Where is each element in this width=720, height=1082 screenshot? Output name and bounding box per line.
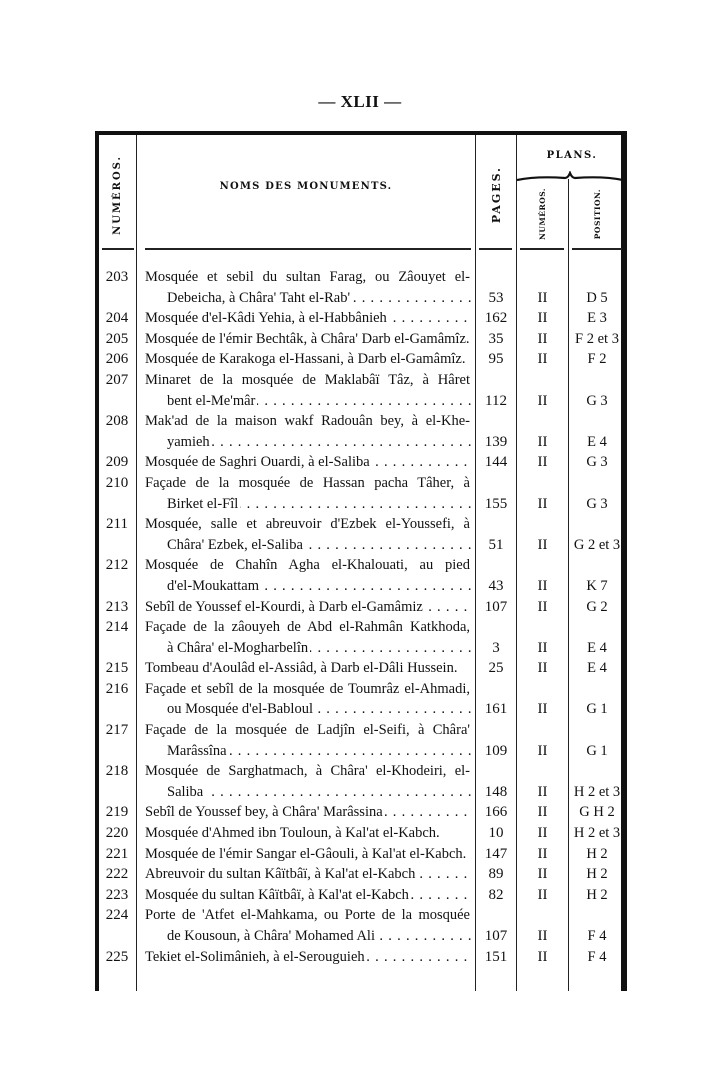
page-number: — XLII —	[0, 92, 720, 112]
header-numeros: NUMÉROS.	[99, 145, 136, 245]
table-row-continuation: Birket el-Fîl155IIG 3	[99, 494, 625, 515]
plan-position: G 2	[569, 597, 625, 618]
monument-name-text: ou Mosquée d'el-Babloul	[167, 701, 315, 717]
monument-name-text: Abreuvoir du sultan Kâïtbâï, à Kal'at el…	[145, 866, 417, 882]
table-row-continuation: Marâssîna109IIG 1	[99, 741, 625, 762]
page-ref: 3	[476, 638, 516, 659]
plan-position: G H 2	[569, 802, 625, 823]
header-rule	[145, 248, 471, 250]
table-row: 225Tekiet el-Solimânieh, à el-Serouguieh…	[99, 947, 625, 968]
monument-number: 203	[99, 267, 135, 288]
plan-number: II	[517, 597, 568, 618]
header-rule	[102, 248, 134, 250]
monument-name: ou Mosquée d'el-Babloul	[167, 699, 472, 720]
plan-position: F 4	[569, 947, 625, 968]
table-row: 205Mosquée de l'émir Bechtâk, à Châra' D…	[99, 329, 625, 350]
plan-position: D 5	[569, 288, 625, 309]
monument-name: Birket el-Fîl	[167, 494, 472, 515]
monument-name: Sebîl de Youssef el-Kourdi, à Darb el-Ga…	[145, 597, 472, 618]
monument-name: bent el-Me'mâr	[167, 391, 472, 412]
plan-number: II	[517, 823, 568, 844]
page-ref: 162	[476, 308, 516, 329]
monument-name-text: Mosquée de Chahîn Agha el-Khalouati, au …	[145, 557, 472, 573]
header-rule	[520, 248, 564, 250]
header-plans-numeros-label: NUMÉROS.	[538, 188, 547, 240]
plan-position: E 4	[569, 432, 625, 453]
monument-name: de Kousoun, à Châra' Mohamed Ali	[167, 926, 472, 947]
plan-position: E 3	[569, 308, 625, 329]
table-row-continuation: Saliba148IIH 2 et 3	[99, 782, 625, 803]
monument-name-text: Mosquée de Saghri Ouardi, à el-Saliba	[145, 454, 372, 470]
plan-position: H 2 et 3	[569, 823, 625, 844]
monument-name-text: Mak'ad de la maison wakf Radouân bey, à …	[145, 413, 472, 429]
monument-name: à Châra' el-Mogharbelîn	[167, 638, 472, 659]
page-ref: 161	[476, 699, 516, 720]
plan-number: II	[517, 658, 568, 679]
monument-name: Tombeau d'Aoulâd el-Assiâd, à Darb el-Dâ…	[145, 658, 472, 679]
monument-name: Mosquée du sultan Kâïtbâï, à Kal'at el-K…	[145, 885, 472, 906]
monument-name: Sebîl de Youssef bey, à Châra' Marâssina	[145, 802, 472, 823]
monument-name: Façade de la mosquée de Hassan pacha Tâh…	[145, 473, 472, 494]
monument-number: 225	[99, 947, 135, 968]
page-ref: 25	[476, 658, 516, 679]
monument-number: 208	[99, 411, 135, 432]
monument-name-text: Mosquée de l'émir Bechtâk, à Châra' Darb…	[145, 331, 472, 347]
monument-name-text: Mosquée du sultan Kâïtbâï, à Kal'at el-K…	[145, 887, 411, 903]
monument-name: Mosquée et sebil du sultan Farag, ou Zâo…	[145, 267, 472, 288]
plan-number: II	[517, 432, 568, 453]
monument-name-text: Mosquée d'Ahmed ibn Touloun, à Kal'at el…	[145, 825, 442, 841]
page-ref: 43	[476, 576, 516, 597]
plan-position: H 2 et 3	[569, 782, 625, 803]
plan-number: II	[517, 947, 568, 968]
page-ref: 82	[476, 885, 516, 906]
monuments-table: NUMÉROS. NOMS DES MONUMENTS. PAGES. PLAN…	[95, 131, 627, 991]
table-row: 214Façade de la zâouyeh de Abd el-Rahmân…	[99, 617, 625, 638]
monument-name: Mosquée de Chahîn Agha el-Khalouati, au …	[145, 555, 472, 576]
monument-name-text: Mosquée d'el-Kâdi Yehia, à el-Habbânieh	[145, 310, 389, 326]
plan-number: II	[517, 802, 568, 823]
table-row-continuation: bent el-Me'mâr112IIG 3	[99, 391, 625, 412]
header-plans-position-label: POSITION.	[593, 189, 602, 239]
table-row: 219Sebîl de Youssef bey, à Châra' Marâss…	[99, 802, 625, 823]
monument-name-text: Minaret de la mosquée de Maklabâï Tâz, à…	[145, 372, 472, 388]
table-row-continuation: de Kousoun, à Châra' Mohamed Ali107IIF 4	[99, 926, 625, 947]
monument-name-text: Façade de la mosquée de Hassan pacha Tâh…	[145, 475, 472, 491]
table-row-continuation: ou Mosquée d'el-Babloul161IIG 1	[99, 699, 625, 720]
table-row-continuation: d'el-Moukattam43IIK 7	[99, 576, 625, 597]
monument-name: Mosquée, salle et abreuvoir d'Ezbek el-Y…	[145, 514, 472, 535]
monument-name-text: Façade de la mosquée de Ladjîn el-Seifi,…	[145, 722, 472, 738]
monument-name: Châra' Ezbek, el-Saliba	[167, 535, 472, 556]
monument-number: 223	[99, 885, 135, 906]
monument-name-text: Tekiet el-Solimânieh, à el-Serouguieh	[145, 949, 367, 965]
monument-name-text: Tombeau d'Aoulâd el-Assiâd, à Darb el-Dâ…	[145, 660, 459, 676]
monument-name-text: Mosquée et sebil du sultan Farag, ou Zâo…	[145, 269, 472, 285]
plan-number: II	[517, 782, 568, 803]
table-row: 215Tombeau d'Aoulâd el-Assiâd, à Darb el…	[99, 658, 625, 679]
plan-number: II	[517, 391, 568, 412]
monument-number: 224	[99, 905, 135, 926]
monument-name-text: Debeicha, à Châra' Taht el-Rab'	[167, 290, 352, 306]
table-row: 211Mosquée, salle et abreuvoir d'Ezbek e…	[99, 514, 625, 535]
monument-name: Façade et sebîl de la mosquée de Toumrâz…	[145, 679, 472, 700]
monument-number: 213	[99, 597, 135, 618]
table-row-continuation: yamieh139IIE 4	[99, 432, 625, 453]
monument-name-text: Mosquée de Sarghatmach, à Châra' el-Khod…	[145, 763, 472, 779]
monument-number: 205	[99, 329, 135, 350]
monument-name-text: Sebîl de Youssef el-Kourdi, à Darb el-Ga…	[145, 599, 425, 615]
page-ref: 95	[476, 349, 516, 370]
monument-name: Porte de 'Atfet el-Mahkama, ou Porte de …	[145, 905, 472, 926]
monument-name: yamieh	[167, 432, 472, 453]
table-row: 207Minaret de la mosquée de Maklabâï Tâz…	[99, 370, 625, 391]
header-plans-position: POSITION.	[569, 183, 625, 245]
monument-name: Mosquée de Sarghatmach, à Châra' el-Khod…	[145, 761, 472, 782]
table-row: 212Mosquée de Chahîn Agha el-Khalouati, …	[99, 555, 625, 576]
table-row: 223Mosquée du sultan Kâïtbâï, à Kal'at e…	[99, 885, 625, 906]
table-row: 224Porte de 'Atfet el-Mahkama, ou Porte …	[99, 905, 625, 926]
monument-name-text: d'el-Moukattam	[167, 578, 261, 594]
monument-name: Mosquée d'el-Kâdi Yehia, à el-Habbânieh	[145, 308, 472, 329]
plan-position: H 2	[569, 844, 625, 865]
monument-name: Saliba	[167, 782, 472, 803]
brace-icon	[517, 171, 623, 183]
plan-number: II	[517, 308, 568, 329]
plan-position: F 2 et 3	[569, 329, 625, 350]
page-ref: 35	[476, 329, 516, 350]
monument-name-text: Sebîl de Youssef bey, à Châra' Marâssina	[145, 804, 385, 820]
plan-number: II	[517, 576, 568, 597]
monument-name: Mosquée de l'émir Bechtâk, à Châra' Darb…	[145, 329, 472, 350]
table-row: 217Façade de la mosquée de Ladjîn el-Sei…	[99, 720, 625, 741]
plan-position: G 1	[569, 741, 625, 762]
table-row: 222Abreuvoir du sultan Kâïtbâï, à Kal'at…	[99, 864, 625, 885]
table-row: 216Façade et sebîl de la mosquée de Toum…	[99, 679, 625, 700]
monument-number: 204	[99, 308, 135, 329]
header-rule	[479, 248, 512, 250]
monument-name: Mak'ad de la maison wakf Radouân bey, à …	[145, 411, 472, 432]
page-ref: 166	[476, 802, 516, 823]
table-row: 206Mosquée de Karakoga el-Hassani, à Dar…	[99, 349, 625, 370]
monument-number: 207	[99, 370, 135, 391]
monument-name: Mosquée de Saghri Ouardi, à el-Saliba	[145, 452, 472, 473]
monument-number: 218	[99, 761, 135, 782]
monument-name-text: Châra' Ezbek, el-Saliba	[167, 537, 305, 553]
page-ref: 89	[476, 864, 516, 885]
plan-number: II	[517, 349, 568, 370]
monument-number: 212	[99, 555, 135, 576]
monument-number: 220	[99, 823, 135, 844]
monument-number: 206	[99, 349, 135, 370]
monument-name-text: Mosquée de Karakoga el-Hassani, à Darb e…	[145, 351, 467, 367]
page-ref: 148	[476, 782, 516, 803]
page-ref: 109	[476, 741, 516, 762]
header-numeros-label: NUMÉROS.	[112, 155, 123, 235]
header-plans-numeros: NUMÉROS.	[517, 183, 568, 245]
table-row: 209Mosquée de Saghri Ouardi, à el-Saliba…	[99, 452, 625, 473]
plan-number: II	[517, 885, 568, 906]
monument-number: 209	[99, 452, 135, 473]
monument-name: Mosquée de l'émir Sangar el-Gâouli, à Ka…	[145, 844, 472, 865]
page-ref: 10	[476, 823, 516, 844]
plan-number: II	[517, 638, 568, 659]
plan-position: G 3	[569, 494, 625, 515]
monument-name-text: à Châra' el-Mogharbelîn	[167, 640, 310, 656]
monument-name-text: Saliba	[167, 784, 205, 800]
page-ref: 151	[476, 947, 516, 968]
monument-number: 215	[99, 658, 135, 679]
monument-name-text: Mosquée de l'émir Sangar el-Gâouli, à Ka…	[145, 846, 468, 862]
table-row-continuation: à Châra' el-Mogharbelîn3IIE 4	[99, 638, 625, 659]
monument-name-text: bent el-Me'mâr	[167, 393, 257, 409]
plan-position: K 7	[569, 576, 625, 597]
plan-number: II	[517, 535, 568, 556]
page-ref: 139	[476, 432, 516, 453]
page-ref: 144	[476, 452, 516, 473]
page-ref: 147	[476, 844, 516, 865]
monument-name: Abreuvoir du sultan Kâïtbâï, à Kal'at el…	[145, 864, 472, 885]
monument-name: Mosquée d'Ahmed ibn Touloun, à Kal'at el…	[145, 823, 472, 844]
table-row-continuation: Châra' Ezbek, el-Saliba51IIG 2 et 3	[99, 535, 625, 556]
monument-name-text: yamieh	[167, 434, 212, 450]
page-ref: 107	[476, 926, 516, 947]
page-ref: 51	[476, 535, 516, 556]
monument-name: d'el-Moukattam	[167, 576, 472, 597]
plan-number: II	[517, 329, 568, 350]
plan-number: II	[517, 494, 568, 515]
monument-name-text: Mosquée, salle et abreuvoir d'Ezbek el-Y…	[145, 516, 472, 532]
monument-name: Façade de la zâouyeh de Abd el-Rahmân Ka…	[145, 617, 472, 638]
monument-name-text: Façade et sebîl de la mosquée de Toumrâz…	[145, 681, 472, 697]
header-pages-label: PAGES.	[490, 166, 503, 223]
header-rule	[572, 248, 622, 250]
monument-name: Marâssîna	[167, 741, 472, 762]
table-row: 221Mosquée de l'émir Sangar el-Gâouli, à…	[99, 844, 625, 865]
table-row: 203Mosquée et sebil du sultan Farag, ou …	[99, 267, 625, 288]
monument-name-text: Birket el-Fîl	[167, 496, 240, 512]
monument-name: Mosquée de Karakoga el-Hassani, à Darb e…	[145, 349, 472, 370]
monument-number: 211	[99, 514, 135, 535]
page-ref: 107	[476, 597, 516, 618]
plan-position: G 1	[569, 699, 625, 720]
monument-number: 219	[99, 802, 135, 823]
plan-position: H 2	[569, 885, 625, 906]
plan-position: G 2 et 3	[569, 535, 625, 556]
monument-name: Minaret de la mosquée de Maklabâï Tâz, à…	[145, 370, 472, 391]
monument-name-text: Façade de la zâouyeh de Abd el-Rahmân Ka…	[145, 619, 472, 635]
table-row: 210Façade de la mosquée de Hassan pacha …	[99, 473, 625, 494]
monument-name-text: Marâssîna	[167, 743, 229, 759]
plan-number: II	[517, 699, 568, 720]
monument-name: Tekiet el-Solimânieh, à el-Serouguieh	[145, 947, 472, 968]
plan-position: F 2	[569, 349, 625, 370]
header-plans: PLANS.	[517, 150, 627, 161]
plan-number: II	[517, 288, 568, 309]
plan-position: E 4	[569, 658, 625, 679]
monument-name: Debeicha, à Châra' Taht el-Rab'	[167, 288, 472, 309]
monument-name-text: Porte de 'Atfet el-Mahkama, ou Porte de …	[145, 907, 472, 923]
page-ref: 53	[476, 288, 516, 309]
plan-number: II	[517, 926, 568, 947]
plan-number: II	[517, 452, 568, 473]
monument-name-text: de Kousoun, à Châra' Mohamed Ali	[167, 928, 377, 944]
plan-number: II	[517, 864, 568, 885]
table-row: 218Mosquée de Sarghatmach, à Châra' el-K…	[99, 761, 625, 782]
table-row-continuation: Debeicha, à Châra' Taht el-Rab'53IID 5	[99, 288, 625, 309]
plan-number: II	[517, 844, 568, 865]
monument-number: 214	[99, 617, 135, 638]
plan-position: G 3	[569, 391, 625, 412]
monument-number: 222	[99, 864, 135, 885]
plan-position: F 4	[569, 926, 625, 947]
table-row: 204Mosquée d'el-Kâdi Yehia, à el-Habbâni…	[99, 308, 625, 329]
plan-number: II	[517, 741, 568, 762]
table-row: 213Sebîl de Youssef el-Kourdi, à Darb el…	[99, 597, 625, 618]
plan-position: G 3	[569, 452, 625, 473]
page-ref: 112	[476, 391, 516, 412]
page-ref: 155	[476, 494, 516, 515]
plan-position: H 2	[569, 864, 625, 885]
header-pages: PAGES.	[476, 145, 516, 245]
monument-number: 221	[99, 844, 135, 865]
plan-position: E 4	[569, 638, 625, 659]
header-noms: NOMS DES MONUMENTS.	[137, 181, 475, 192]
monument-number: 217	[99, 720, 135, 741]
monument-name: Façade de la mosquée de Ladjîn el-Seifi,…	[145, 720, 472, 741]
monument-number: 216	[99, 679, 135, 700]
monument-number: 210	[99, 473, 135, 494]
table-row: 220Mosquée d'Ahmed ibn Touloun, à Kal'at…	[99, 823, 625, 844]
table-row: 208Mak'ad de la maison wakf Radouân bey,…	[99, 411, 625, 432]
table-body: 203Mosquée et sebil du sultan Farag, ou …	[99, 267, 625, 967]
